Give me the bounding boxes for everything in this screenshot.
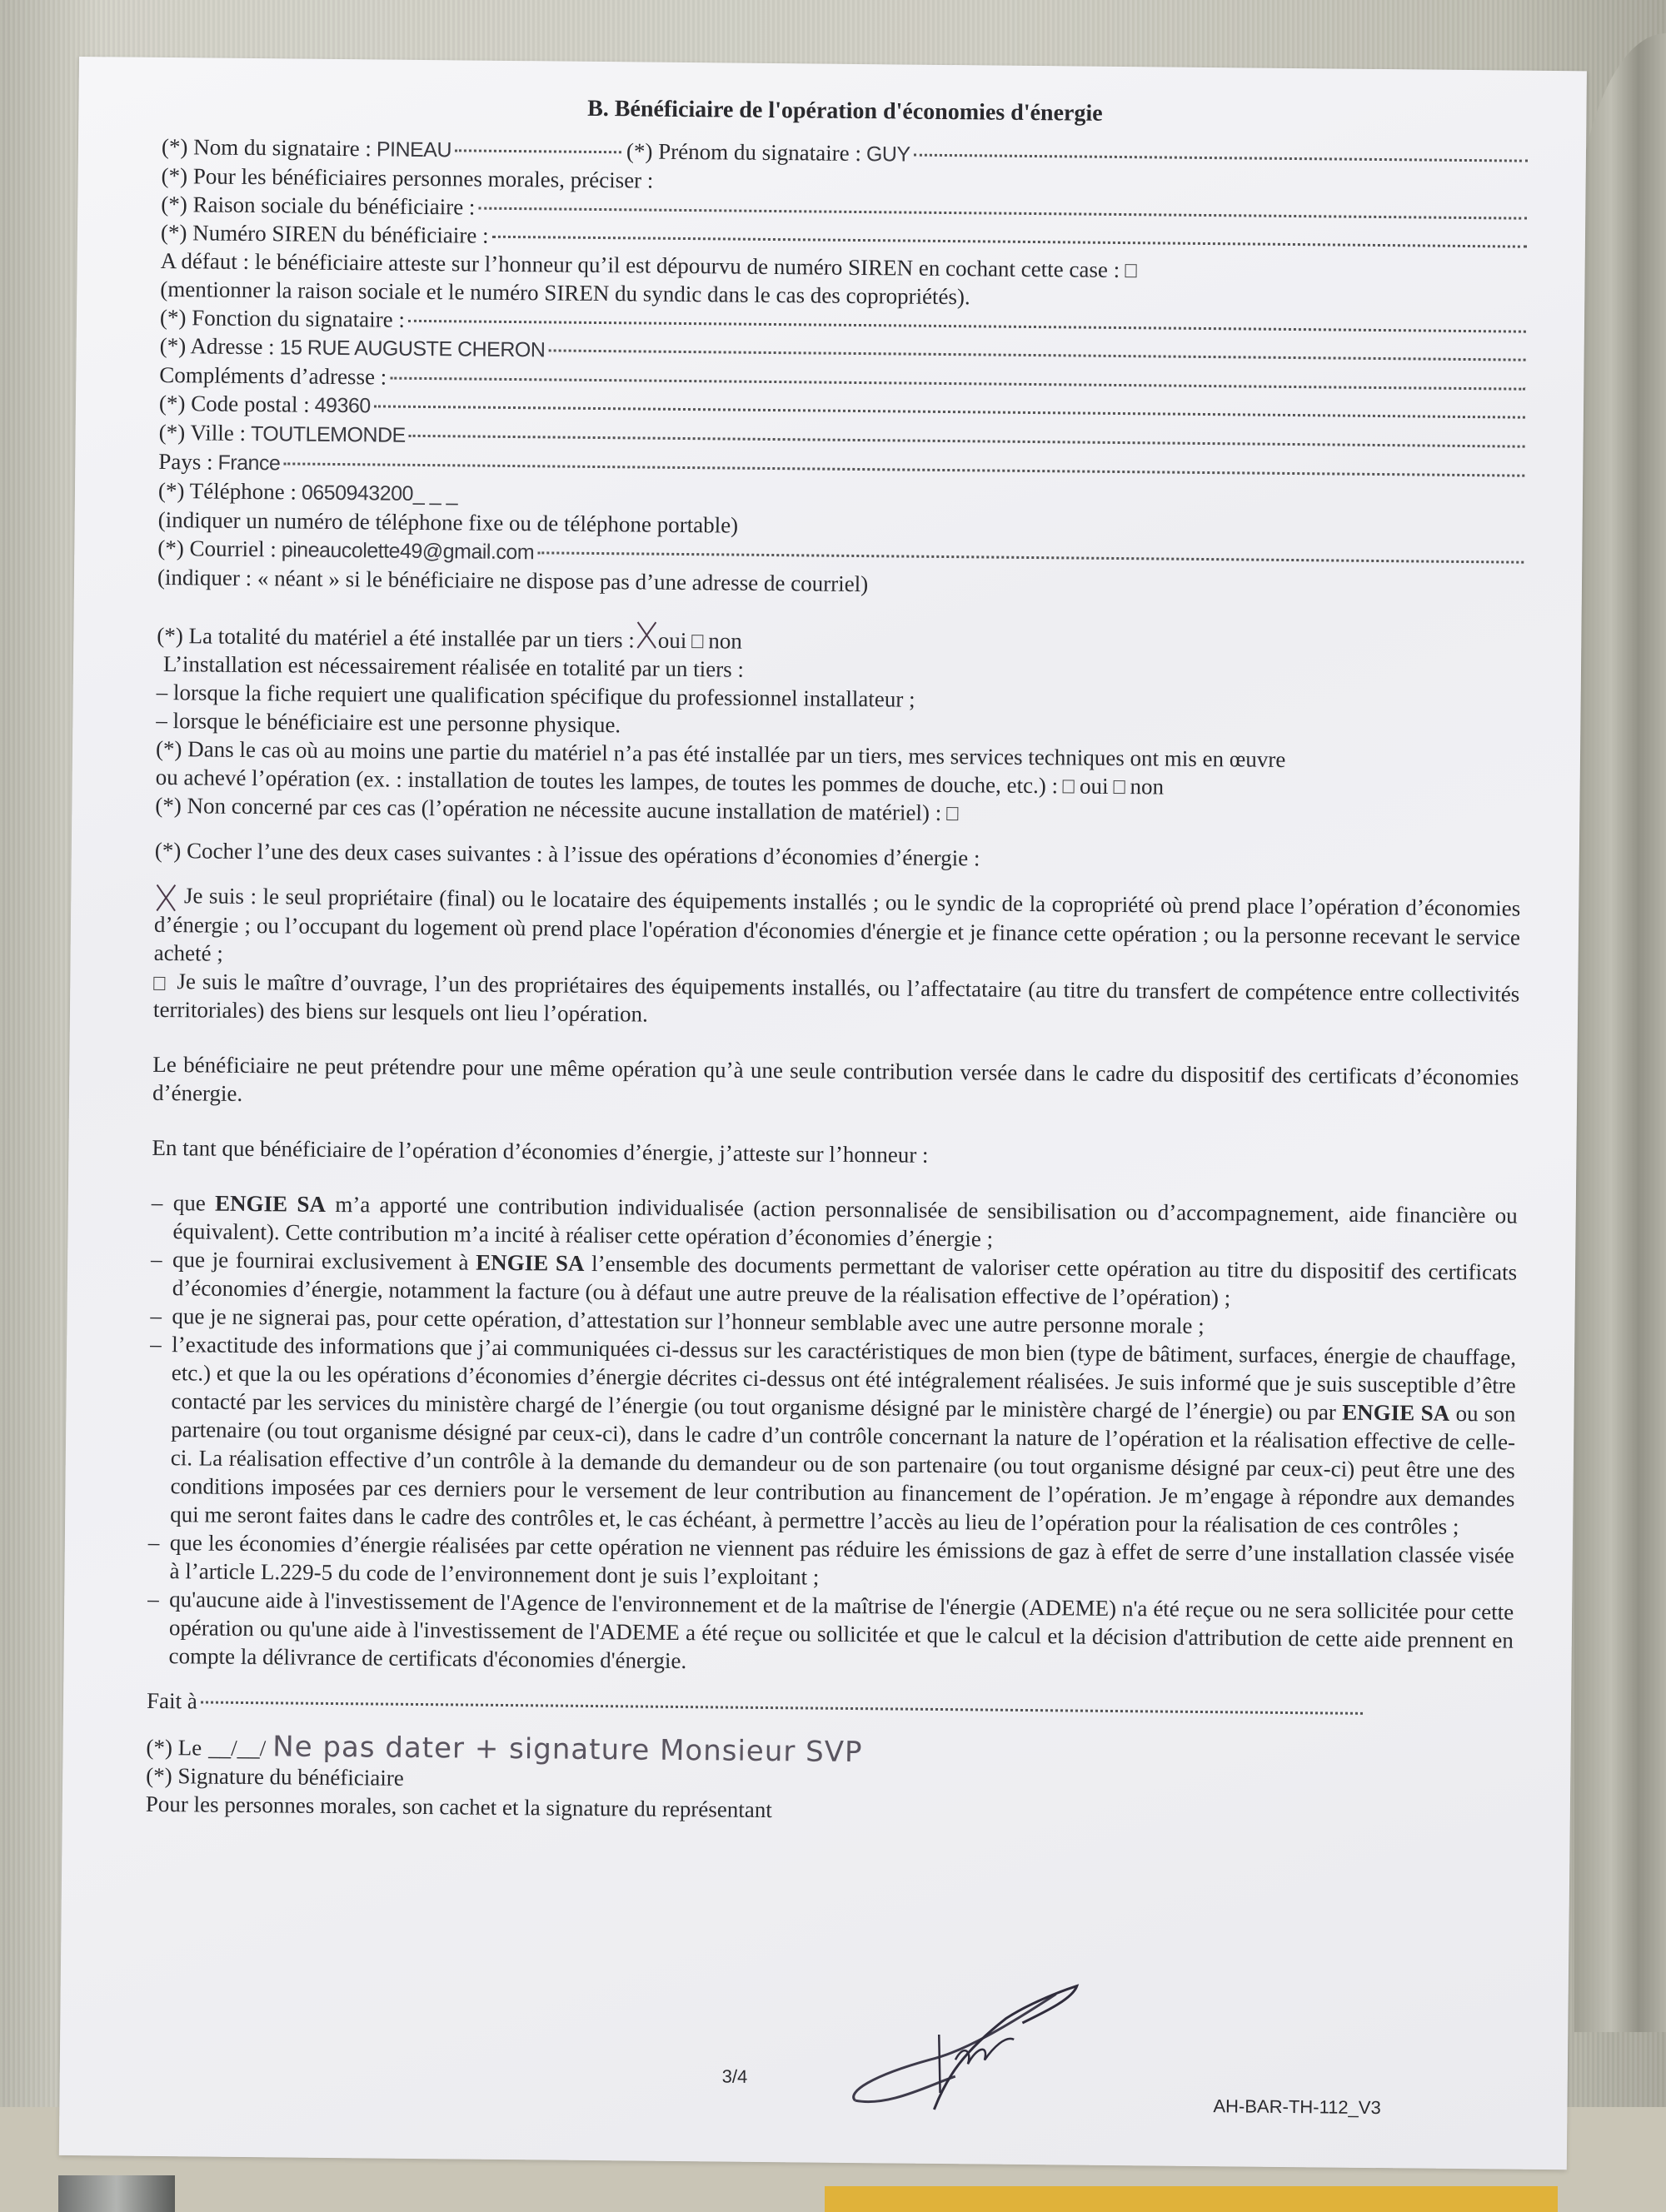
adresse-value[interactable]: 15 RUE AUGUSTE CHERON (279, 333, 545, 364)
adresse-dotted-line (548, 349, 1525, 361)
page-number: 3/4 (722, 2066, 748, 2088)
pays-label: Pays : (158, 447, 213, 476)
attestation-item: –qu'aucune aide à l'investissement de l'… (147, 1585, 1514, 1683)
attestation-item-text: l’exactitude des informations que j’ai c… (170, 1330, 1516, 1541)
ville-dotted-line (409, 435, 1525, 448)
code-postal-value[interactable]: 49360 (315, 391, 371, 421)
ville-label: (*) Ville : (159, 418, 247, 447)
bullet-dash: – (147, 1528, 170, 1585)
prenom-dotted-line (914, 154, 1528, 162)
brand-name: ENGIE SA (476, 1249, 584, 1275)
morales-note: Pour les personnes morales, son cachet e… (146, 1790, 772, 1824)
date-field[interactable]: __/__/ (208, 1733, 266, 1762)
background-yellow-object (825, 2186, 1558, 2212)
telephone-label: (*) Téléphone : (158, 476, 297, 506)
background-object (58, 2175, 175, 2212)
fonction-label: (*) Fonction du signataire : (160, 303, 405, 334)
totalite-non-label: non (708, 626, 742, 655)
code-postal-label: (*) Code postal : (159, 389, 310, 419)
handwritten-note: Ne pas dater + signature Monsieur SVP (272, 1732, 863, 1766)
courriel-label: (*) Courriel : (157, 534, 277, 563)
prenom-label: (*) Prénom du signataire : (626, 137, 861, 167)
attestation-item-text: qu'aucune aide à l'investissement de l'A… (168, 1585, 1514, 1682)
option2-checkbox[interactable] (153, 977, 165, 990)
complements-field[interactable] (390, 377, 1525, 391)
fait-a-label: Fait à (147, 1686, 197, 1716)
siren-defaut-checkbox[interactable] (1125, 264, 1136, 277)
bullet-dash: – (147, 1585, 169, 1670)
bullet-dash: – (150, 1302, 172, 1330)
totalite-label: (*) La totalité du matériel a été instal… (157, 621, 635, 655)
ville-value[interactable]: TOUTLEMONDE (251, 420, 406, 450)
date-label: (*) Le (146, 1733, 202, 1762)
partie-non-checkbox[interactable] (1114, 780, 1125, 794)
option1-checkbox-checked[interactable] (156, 885, 176, 910)
personnes-morales-label: (*) Pour les bénéficiaires personnes mor… (161, 162, 653, 195)
nom-value[interactable]: PINEAU (377, 135, 451, 164)
option1-paragraph: Je suis : le seul propriétaire (final) o… (154, 881, 1521, 980)
nom-dotted-line (455, 149, 621, 153)
pays-value[interactable]: France (217, 449, 280, 478)
option1-text: Je suis : le seul propriétaire (final) o… (154, 883, 1521, 965)
courriel-dotted-line (537, 551, 1524, 563)
partie-oui-checkbox[interactable] (1063, 780, 1075, 793)
partie-oui-label: oui (1080, 772, 1109, 800)
form-content: B. Bénéficiaire de l'opération d'économi… (146, 91, 1529, 1831)
attestation-list: –que ENGIE SA m’a apporté une contributi… (147, 1188, 1517, 1683)
fonction-field[interactable] (408, 320, 1526, 333)
bullet-dash: – (151, 1188, 173, 1245)
totalite-oui-checkbox-checked[interactable] (636, 622, 656, 647)
totalite-oui-label: oui (658, 626, 687, 655)
brand-name: ENGIE SA (215, 1190, 326, 1216)
brand-name: ENGIE SA (1342, 1399, 1449, 1425)
non-concerne-checkbox[interactable] (946, 807, 958, 820)
option2-text: Je suis le maître d’ouvrage, l’un des pr… (153, 969, 1520, 1026)
raison-sociale-field[interactable] (478, 207, 1527, 220)
courriel-value[interactable]: pineaucolette49@gmail.com (282, 536, 535, 566)
signature-label: (*) Signature du bénéficiaire (146, 1761, 404, 1792)
nom-label: (*) Nom du signataire : (162, 132, 372, 162)
document-reference: AH-BAR-TH-112_V3 (1213, 2095, 1381, 2119)
bullet-dash: – (151, 1245, 173, 1302)
section-title: B. Bénéficiaire de l'opération d'économi… (162, 91, 1528, 132)
adresse-label: (*) Adresse : (160, 331, 275, 361)
fait-a-field[interactable] (201, 1701, 1363, 1714)
code-postal-dotted-line (374, 405, 1525, 418)
pays-dotted-line (283, 462, 1524, 476)
siren-field[interactable] (492, 236, 1527, 248)
bullet-dash: – (148, 1330, 172, 1528)
page-footer: 3/4 AH-BAR-TH-112_V3 (59, 2060, 1568, 2140)
cas2-text: – lorsque le bénéficiaire est une person… (156, 706, 621, 739)
siren-label: (*) Numéro SIREN du bénéficiaire : (161, 218, 489, 250)
background-curtain (1574, 33, 1666, 2032)
telephone-value[interactable]: 0650943200_ _ _ (302, 479, 457, 509)
prenom-value[interactable]: GUY (866, 140, 910, 169)
complements-label: Compléments d’adresse : (159, 361, 387, 391)
paper-sheet: B. Bénéficiaire de l'opération d'économi… (59, 57, 1587, 2170)
partie-non-label: non (1130, 772, 1164, 800)
attestation-item: –l’exactitude des informations que j’ai … (148, 1330, 1516, 1542)
raison-sociale-label: (*) Raison sociale du bénéficiaire : (161, 190, 475, 222)
totalite-non-checkbox[interactable] (691, 635, 703, 648)
